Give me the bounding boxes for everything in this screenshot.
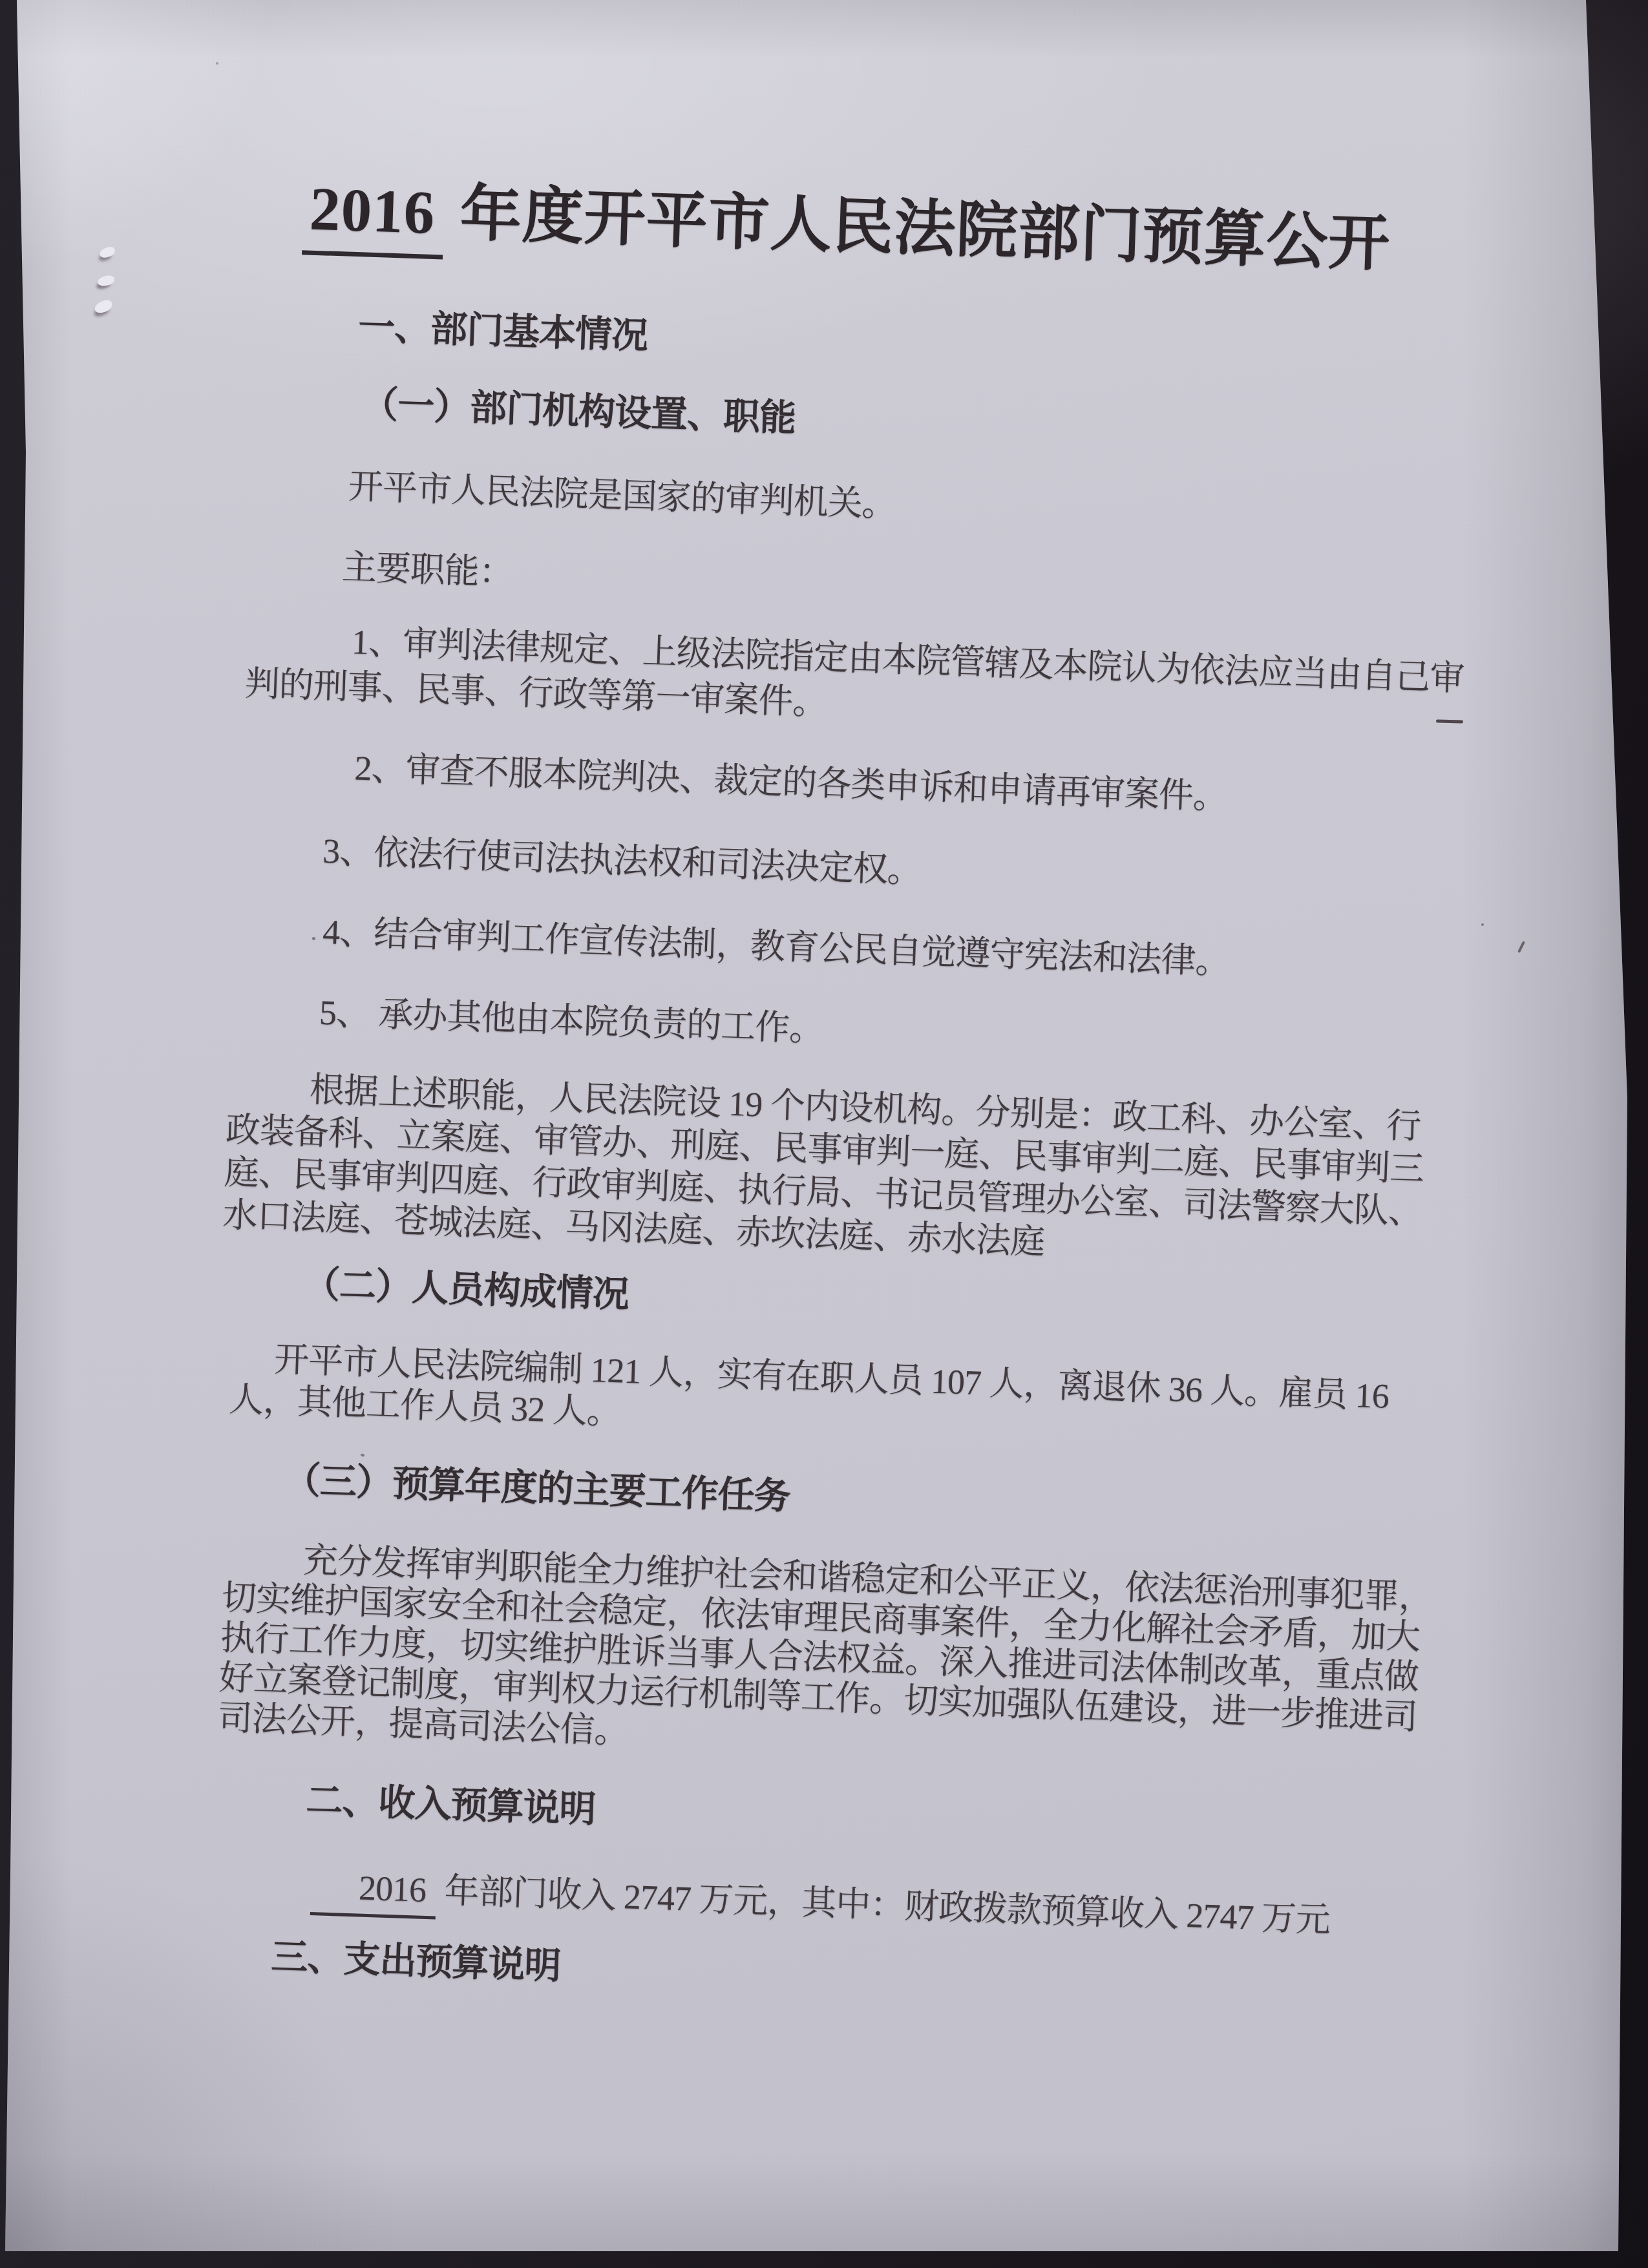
document-title: 2016 年度开平市人民法院部门预算公开 [302, 169, 1642, 291]
paragraph-court-role: 开平市人民法院是国家的审判机关。 [206, 461, 1632, 550]
title-text: 年度开平市人民法院部门预算公开 [443, 179, 1391, 279]
dust-speck [312, 937, 315, 940]
heading-sub-3-budget-year-tasks: （三）预算年度的主要工作任务 [283, 1459, 1599, 1544]
paragraph-main-tasks: 充分发挥审判职能全力维护社会和谐稳定和公平正义，依法惩治刑事犯罪， 切实维护国家… [165, 1536, 1596, 1783]
heading-section-2-income-budget: 二、收入预算说明 [306, 1780, 1589, 1864]
document-content: 2016 年度开平市人民法院部门预算公开 一、部门基本情况 （一）部门机构设置、… [0, 0, 1647, 2021]
paragraph-internal-bodies: 根据上述职能，人民法院设 19 个内设机构。分别是：政工科、办公室、行 政装备科… [182, 1064, 1612, 1282]
heading-section-1-basic-info: 一、部门基本情况 [357, 306, 1637, 390]
heading-section-3-expense-budget: 三、支出预算说明 [271, 1936, 1583, 2021]
income-text: 年部门收入 2747 万元，其中：财政拨款预算收入 2747 万元 [436, 1871, 1331, 1940]
list-item-duty-5: 5、 承办其他由本院负责的工作。 [319, 992, 1614, 1076]
income-year-underlined: 2016 [310, 1867, 437, 1919]
list-item-duty-1: 1、审判法律规定、上级法院指定由本院管辖及本院认为依法应当由自己审 判的刑事、民… [200, 614, 1627, 751]
dust-speck [216, 62, 218, 65]
paragraph-main-duties-intro: 主要职能： [204, 542, 1629, 631]
scanned-document-page: { "page": { "background_color": "#1a161c… [0, 0, 1648, 2268]
heading-sub-2-staff-composition: （二）人员构成情况 [302, 1263, 1605, 1348]
dust-speck [1481, 923, 1484, 926]
list-item-duty-3: 3、依法行使司法执法权和司法决定权。 [322, 830, 1620, 915]
paragraph-staff-numbers: 开平市人民法院编制 121 人，实有在职人员 107 人，离退休 36 人。雇员… [176, 1336, 1603, 1465]
list-item-duty-4: 4、结合审判工作宣传法制，教育公民自觉遵守宪法和法律。 [322, 911, 1617, 995]
title-year-underlined: 2016 [302, 174, 445, 259]
paragraph-income-summary: 2016 年部门收入 2747 万元，其中：财政拨款预算收入 2747 万元 [310, 1865, 1585, 1949]
list-item-duty-2: 2、审查不服本院判决、裁定的各类申诉和申请再审案件。 [354, 747, 1623, 830]
heading-sub-1-org-structure: （一）部门机构设置、职能 [361, 383, 1634, 467]
paper-sheet: 2016 年度开平市人民法院部门预算公开 一、部门基本情况 （一）部门机构设置、… [0, 0, 1648, 2251]
